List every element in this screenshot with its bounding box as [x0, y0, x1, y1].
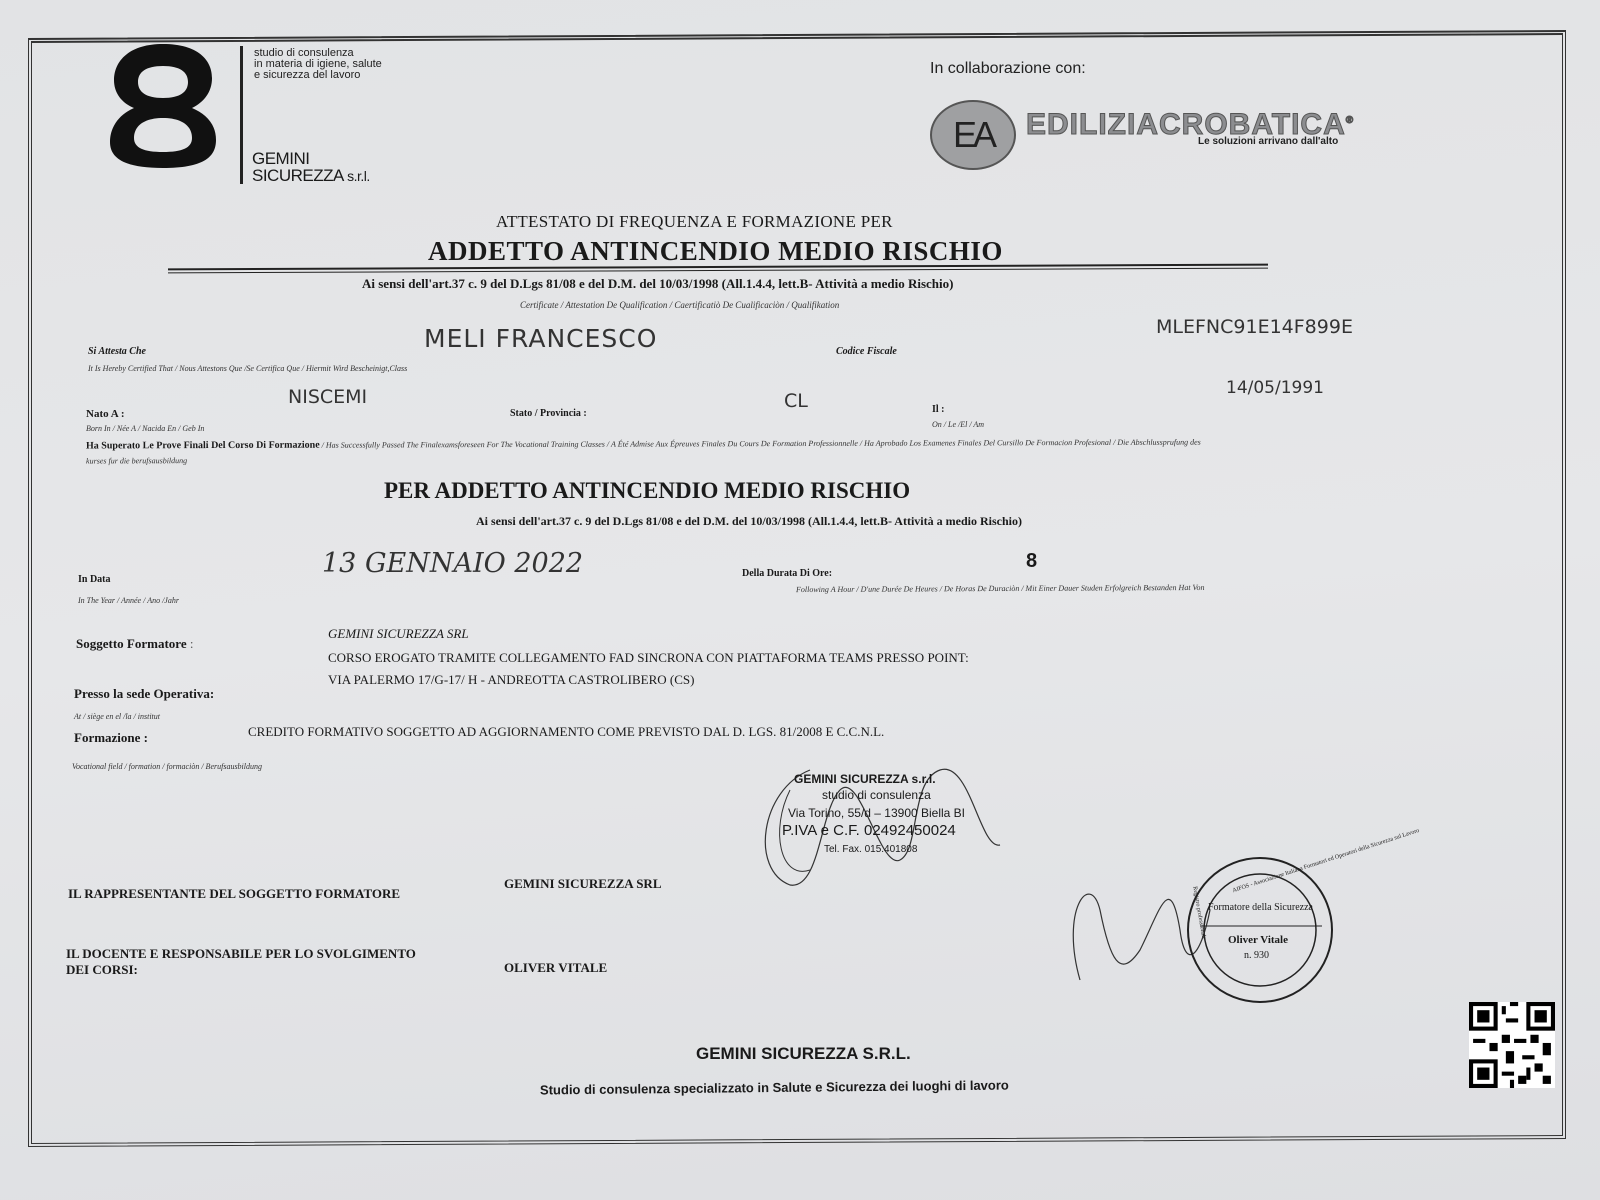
duration-hours: 8: [1026, 550, 1037, 573]
provider-label: Soggetto Formatore :: [76, 636, 193, 652]
stamp-company-name: GEMINI SICUREZZA s.r.l.: [794, 772, 936, 786]
born-label: Nato A :: [86, 408, 125, 420]
venue-label: Presso la sede Operativa:: [74, 686, 214, 702]
stamp-company-address: Via Torino, 55/d – 13900 Biella BI: [788, 806, 965, 820]
partner-slogan: Le soluzioni arrivano dall'alto: [1198, 136, 1338, 147]
course-title: PER ADDETTO ANTINCENDIO MEDIO RISCHIO: [384, 478, 910, 504]
delivery-line2: VIA PALERMO 17/G-17/ H - ANDREOTTA CASTR…: [328, 672, 694, 688]
birth-date-translation: On / Le /El / Am: [932, 420, 984, 429]
company-name-line1: GEMINI: [252, 150, 370, 167]
qr-code-icon[interactable]: [1466, 1002, 1558, 1088]
duration-label: Della Durata Di Ore:: [742, 568, 832, 579]
course-legal-reference: Ai sensi dell'art.37 c. 9 del D.Lgs 81/0…: [476, 514, 1022, 529]
title-line1: ATTESTATO DI FREQUENZA E FORMAZIONE PER: [496, 212, 893, 232]
tagline-line: e sicurezza del lavoro: [254, 70, 382, 81]
collab-label: In collaborazione con:: [930, 60, 1086, 78]
company-name-line2: SICUREZZA: [252, 166, 343, 185]
certify-translation: It Is Hereby Certified That / Nous Attes…: [88, 364, 407, 373]
person-name: MELI FRANCESCO: [424, 324, 657, 353]
representative-value: GEMINI SICUREZZA SRL: [504, 876, 662, 892]
birth-date: 14/05/1991: [1226, 378, 1324, 398]
birth-date-label: Il :: [932, 404, 945, 415]
trainer-stamp-name: Oliver Vitale: [1228, 934, 1288, 946]
trainer-stamp: Formatore della Sicurezza Oliver Vitale …: [1060, 850, 1340, 1010]
trainer-stamp-role: Formatore della Sicurezza: [1208, 902, 1313, 913]
passed-translation: / Has Successfully Passed The Finalexams…: [320, 438, 1201, 450]
stamp-company-desc: studio di consulenza: [822, 788, 931, 802]
trainer-stamp-number: n. 930: [1244, 950, 1269, 961]
training-value: CREDITO FORMATIVO SOGGETTO AD AGGIORNAME…: [248, 724, 884, 740]
birthplace: NISCEMI: [288, 386, 367, 408]
logo-divider: [240, 46, 243, 184]
certificate-title: ADDETTO ANTINCENDIO MEDIO RISCHIO: [428, 236, 1003, 267]
footer-company: GEMINI SICUREZZA S.R.L.: [696, 1044, 911, 1064]
partner-monogram: EA: [953, 114, 993, 156]
registered-mark: ®: [1346, 115, 1354, 126]
training-label: Formazione :: [74, 730, 148, 746]
provider-label-text: Soggetto Formatore: [76, 636, 187, 651]
passed-statement: Ha Superato Le Prove Finali Del Corso Di…: [86, 434, 1506, 469]
delivery-line1: CORSO EROGATO TRAMITE COLLEGAMENTO FAD S…: [328, 650, 969, 666]
teacher-label: IL DOCENTE E RESPONSABILE PER LO SVOLGIM…: [66, 946, 416, 978]
stamp-company-vat: P.IVA e C.F. 02492450024: [782, 822, 956, 839]
course-date-label: In Data: [78, 574, 111, 585]
legal-reference: Ai sensi dell'art.37 c. 9 del D.Lgs 81/0…: [362, 276, 953, 292]
company-name: GEMINI SICUREZZA s.r.l.: [252, 150, 370, 185]
provider-name: GEMINI SICUREZZA SRL: [328, 626, 469, 642]
company-suffix: s.r.l.: [347, 168, 370, 184]
representative-label: IL RAPPRESENTANTE DEL SOGGETTO FORMATORE: [68, 886, 400, 902]
certify-label: Si Attesta Che: [88, 346, 146, 357]
fiscal-code-label: Codice Fiscale: [836, 346, 897, 357]
provider-colon: :: [190, 636, 194, 651]
fiscal-code: MLEFNC91E14F899E: [1156, 316, 1353, 338]
company-tagline: studio di consulenza in materia di igien…: [254, 48, 382, 81]
passed-label: Ha Superato Le Prove Finali Del Corso Di…: [86, 440, 320, 452]
certificate-page: studio di consulenza in materia di igien…: [0, 0, 1600, 1200]
teacher-label-line2: DEI CORSI:: [66, 962, 416, 978]
title-translations: Certificate / Attestation De Qualificati…: [520, 300, 839, 310]
stamp-company-phone: Tel. Fax. 015.401808: [824, 844, 917, 855]
teacher-label-line1: IL DOCENTE E RESPONSABILE PER LO SVOLGIM…: [66, 946, 416, 962]
course-date-translation: In The Year / Année / Ano /Jahr: [78, 596, 179, 605]
venue-translation: At / siège en el /la / institut: [74, 712, 160, 721]
training-translation: Vocational field / formation / formaciòn…: [72, 762, 262, 771]
province: CL: [784, 390, 808, 412]
gemini-logo-icon: [108, 40, 218, 170]
partner-logo-icon: EA: [930, 100, 1016, 170]
province-label: Stato / Provincia :: [510, 408, 587, 419]
born-translation: Born In / Née A / Nacida En / Geb In: [86, 424, 204, 433]
passed-translation-cont: kurses fur die berufsausbildung: [86, 456, 187, 465]
course-date: 13 GENNAIO 2022: [322, 548, 583, 579]
teacher-value: OLIVER VITALE: [504, 960, 607, 976]
company-stamp: GEMINI SICUREZZA s.r.l. studio di consul…: [760, 760, 1020, 890]
